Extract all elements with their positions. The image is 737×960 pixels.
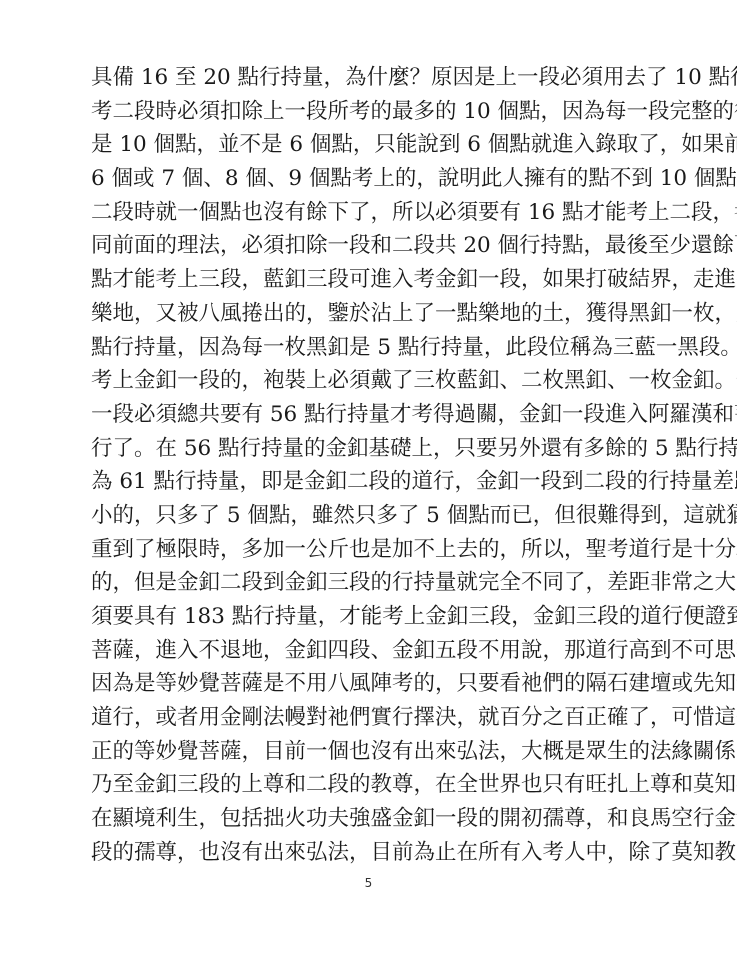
page-number: 5 xyxy=(0,876,737,890)
text-line: 點才能考上三段，藍釦三段可進入考金釦一段，如果打破結界，走進平安 xyxy=(91,263,661,297)
document-page: 具備 16 至 20 點行持量，為什麼？原因是上一段必須用去了 10 點行持量，… xyxy=(0,0,737,960)
text-line: 道行，或者用金剛法幔對祂們實行擇決，就百分之百正確了，可惜這些真 xyxy=(91,701,661,735)
text-line: 考二段時必須扣除上一段所考的最多的 10 個點，因為每一段完整的行持量 xyxy=(91,95,661,129)
text-line: 樂地，又被八風捲出的，鑒於沾上了一點樂地的土，獲得黑釦一枚，是 5 xyxy=(91,297,661,331)
text-line: 具備 16 至 20 點行持量，為什麼？原因是上一段必須用去了 10 點行持量， xyxy=(91,61,661,95)
text-line: 考上金釦一段的，袍裝上必須戴了三枚藍釦、二枚黑釦、一枚金釦。金釦 xyxy=(91,364,661,398)
text-line: 是 10 個點，並不是 6 個點，只能說到 6 個點就進入錄取了，如果前面是用 xyxy=(91,128,661,162)
text-line: 小的，只多了 5 個點，雖然只多了 5 個點而已，但很難得到，這就猶如舉 xyxy=(91,499,661,533)
body-text: 具備 16 至 20 點行持量，為什麼？原因是上一段必須用去了 10 點行持量，… xyxy=(91,61,661,870)
text-line: 在顯境利生，包括拙火功夫強盛金釦一段的開初孺尊，和良馬空行金釦一 xyxy=(91,802,661,836)
text-line: 一段必須總共要有 56 點行持量才考得過關，金釦一段進入阿羅漢和菩薩道 xyxy=(91,398,661,432)
text-line: 段的孺尊，也沒有出來弘法，目前為止在所有入考人中，除了莫知教尊之 xyxy=(91,836,661,870)
text-line: 6 個或 7 個、8 個、9 個點考上的，說明此人擁有的點不到 10 個點，後面… xyxy=(91,162,661,196)
text-line: 正的等妙覺菩薩，目前一個也沒有出來弘法，大概是眾生的法緣關係吧！ xyxy=(91,735,661,769)
text-line: 同前面的理法，必須扣除一段和二段共 20 個行持點，最後至少還餘下 6 個 xyxy=(91,229,661,263)
text-line: 為 61 點行持量，即是金釦二段的道行，金釦一段到二段的行持量差距是很 xyxy=(91,465,661,499)
text-line: 因為是等妙覺菩薩是不用八風陣考的，只要看祂們的隔石建壇或先知預言 xyxy=(91,667,661,701)
text-line: 的，但是金釦二段到金釦三段的行持量就完全不同了，差距非常之大，必 xyxy=(91,566,661,600)
text-line: 菩薩，進入不退地，金釦四段、金釦五段不用說，那道行高到不可思議了， xyxy=(91,634,661,668)
text-line: 重到了極限時，多加一公斤也是加不上去的，所以，聖考道行是十分精準 xyxy=(91,533,661,567)
text-line: 乃至金釦三段的上尊和二段的教尊，在全世界也只有旺扎上尊和莫知教尊 xyxy=(91,768,661,802)
text-line: 點行持量，因為每一枚黑釦是 5 點行持量，此段位稱為三藍一黑段。凡是 xyxy=(91,331,661,365)
text-line: 須要具有 183 點行持量，才能考上金釦三段，金釦三段的道行便證到了大 xyxy=(91,600,661,634)
text-line: 二段時就一個點也沒有餘下了，所以必須要有 16 點才能考上二段，考三段 xyxy=(91,196,661,230)
text-line: 行了。在 56 點行持量的金釦基礎上，只要另外還有多餘的 5 點行持量，成 xyxy=(91,432,661,466)
